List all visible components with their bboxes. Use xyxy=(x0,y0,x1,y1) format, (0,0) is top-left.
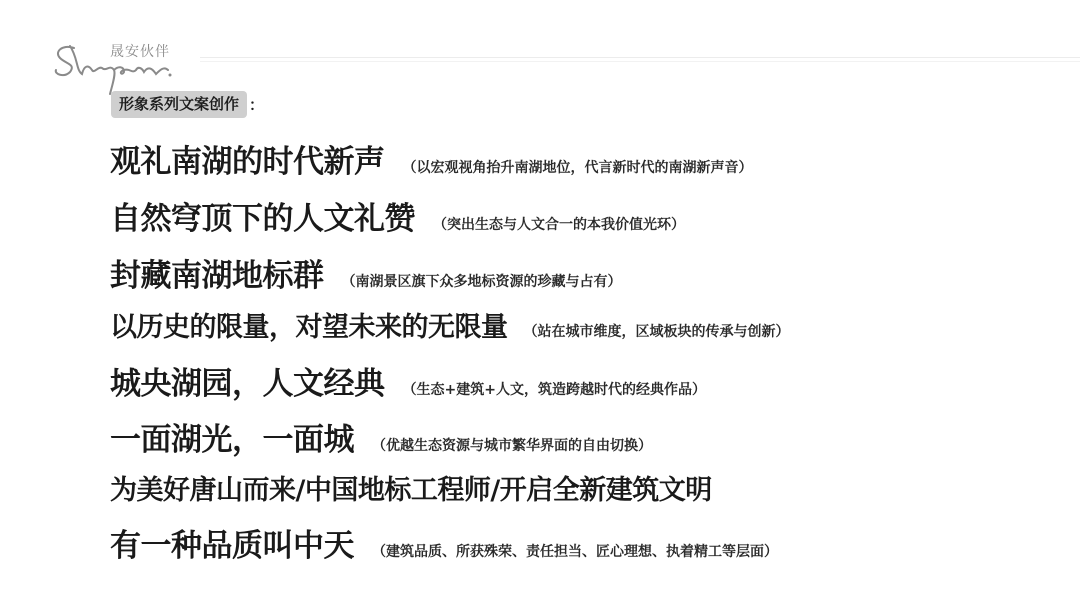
slogan-headline: 为美好唐山而来/中国地标工程师/开启全新建筑文明 xyxy=(110,468,712,507)
slogan-note: （站在城市维度，区域板块的传承与创新） xyxy=(524,321,790,341)
logo-chinese-text: 晟安伙伴 xyxy=(110,41,170,61)
slogan-headline: 一面湖光，一面城 xyxy=(110,414,354,459)
slogan-headline: 封藏南湖地标群 xyxy=(110,250,324,295)
slogan-headline: 自然穹顶下的人文礼赞 xyxy=(110,193,415,238)
header-rule-secondary xyxy=(200,61,1080,62)
slogan-row: 以历史的限量，对望未来的无限量 （站在城市维度，区域板块的传承与创新） xyxy=(110,305,790,344)
slogan-headline: 城央湖园，人文经典 xyxy=(110,358,385,403)
slogan-note: （突出生态与人文合一的本我价值光环） xyxy=(433,214,685,234)
slogan-row: 城央湖园，人文经典 （生态+建筑+人文，筑造跨越时代的经典作品） xyxy=(110,358,706,403)
section-label-colon: ： xyxy=(249,94,264,115)
slogan-row: 自然穹顶下的人文礼赞 （突出生态与人文合一的本我价值光环） xyxy=(110,193,685,238)
slogan-row: 观礼南湖的时代新声 （以宏观视角抬升南湖地位，代言新时代的南湖新声音） xyxy=(110,136,753,181)
section-label: 形象系列文案创作 ： xyxy=(111,91,264,118)
slogan-row: 为美好唐山而来/中国地标工程师/开启全新建筑文明 xyxy=(110,468,712,507)
slogan-row: 封藏南湖地标群 （南湖景区旗下众多地标资源的珍藏与占有） xyxy=(110,250,622,295)
slogan-headline: 观礼南湖的时代新声 xyxy=(110,136,385,181)
slogan-headline: 以历史的限量，对望未来的无限量 xyxy=(110,305,508,344)
slogan-note: （生态+建筑+人文，筑造跨越时代的经典作品） xyxy=(403,379,706,399)
slogan-row: 一面湖光，一面城 （优越生态资源与城市繁华界面的自由切换） xyxy=(110,414,652,459)
section-label-badge: 形象系列文案创作 xyxy=(111,91,247,118)
slogan-note: （优越生态资源与城市繁华界面的自由切换） xyxy=(372,435,652,455)
slogan-note: （南湖景区旗下众多地标资源的珍藏与占有） xyxy=(342,271,622,291)
slogan-headline: 有一种品质叫中天 xyxy=(110,520,354,565)
header-rule xyxy=(200,57,1080,58)
slogan-row: 有一种品质叫中天 （建筑品质、所获殊荣、责任担当、匠心理想、执着精工等层面） xyxy=(110,520,778,565)
slogan-note: （以宏观视角抬升南湖地位，代言新时代的南湖新声音） xyxy=(403,157,753,177)
slogan-note: （建筑品质、所获殊荣、责任担当、匠心理想、执着精工等层面） xyxy=(372,541,778,561)
